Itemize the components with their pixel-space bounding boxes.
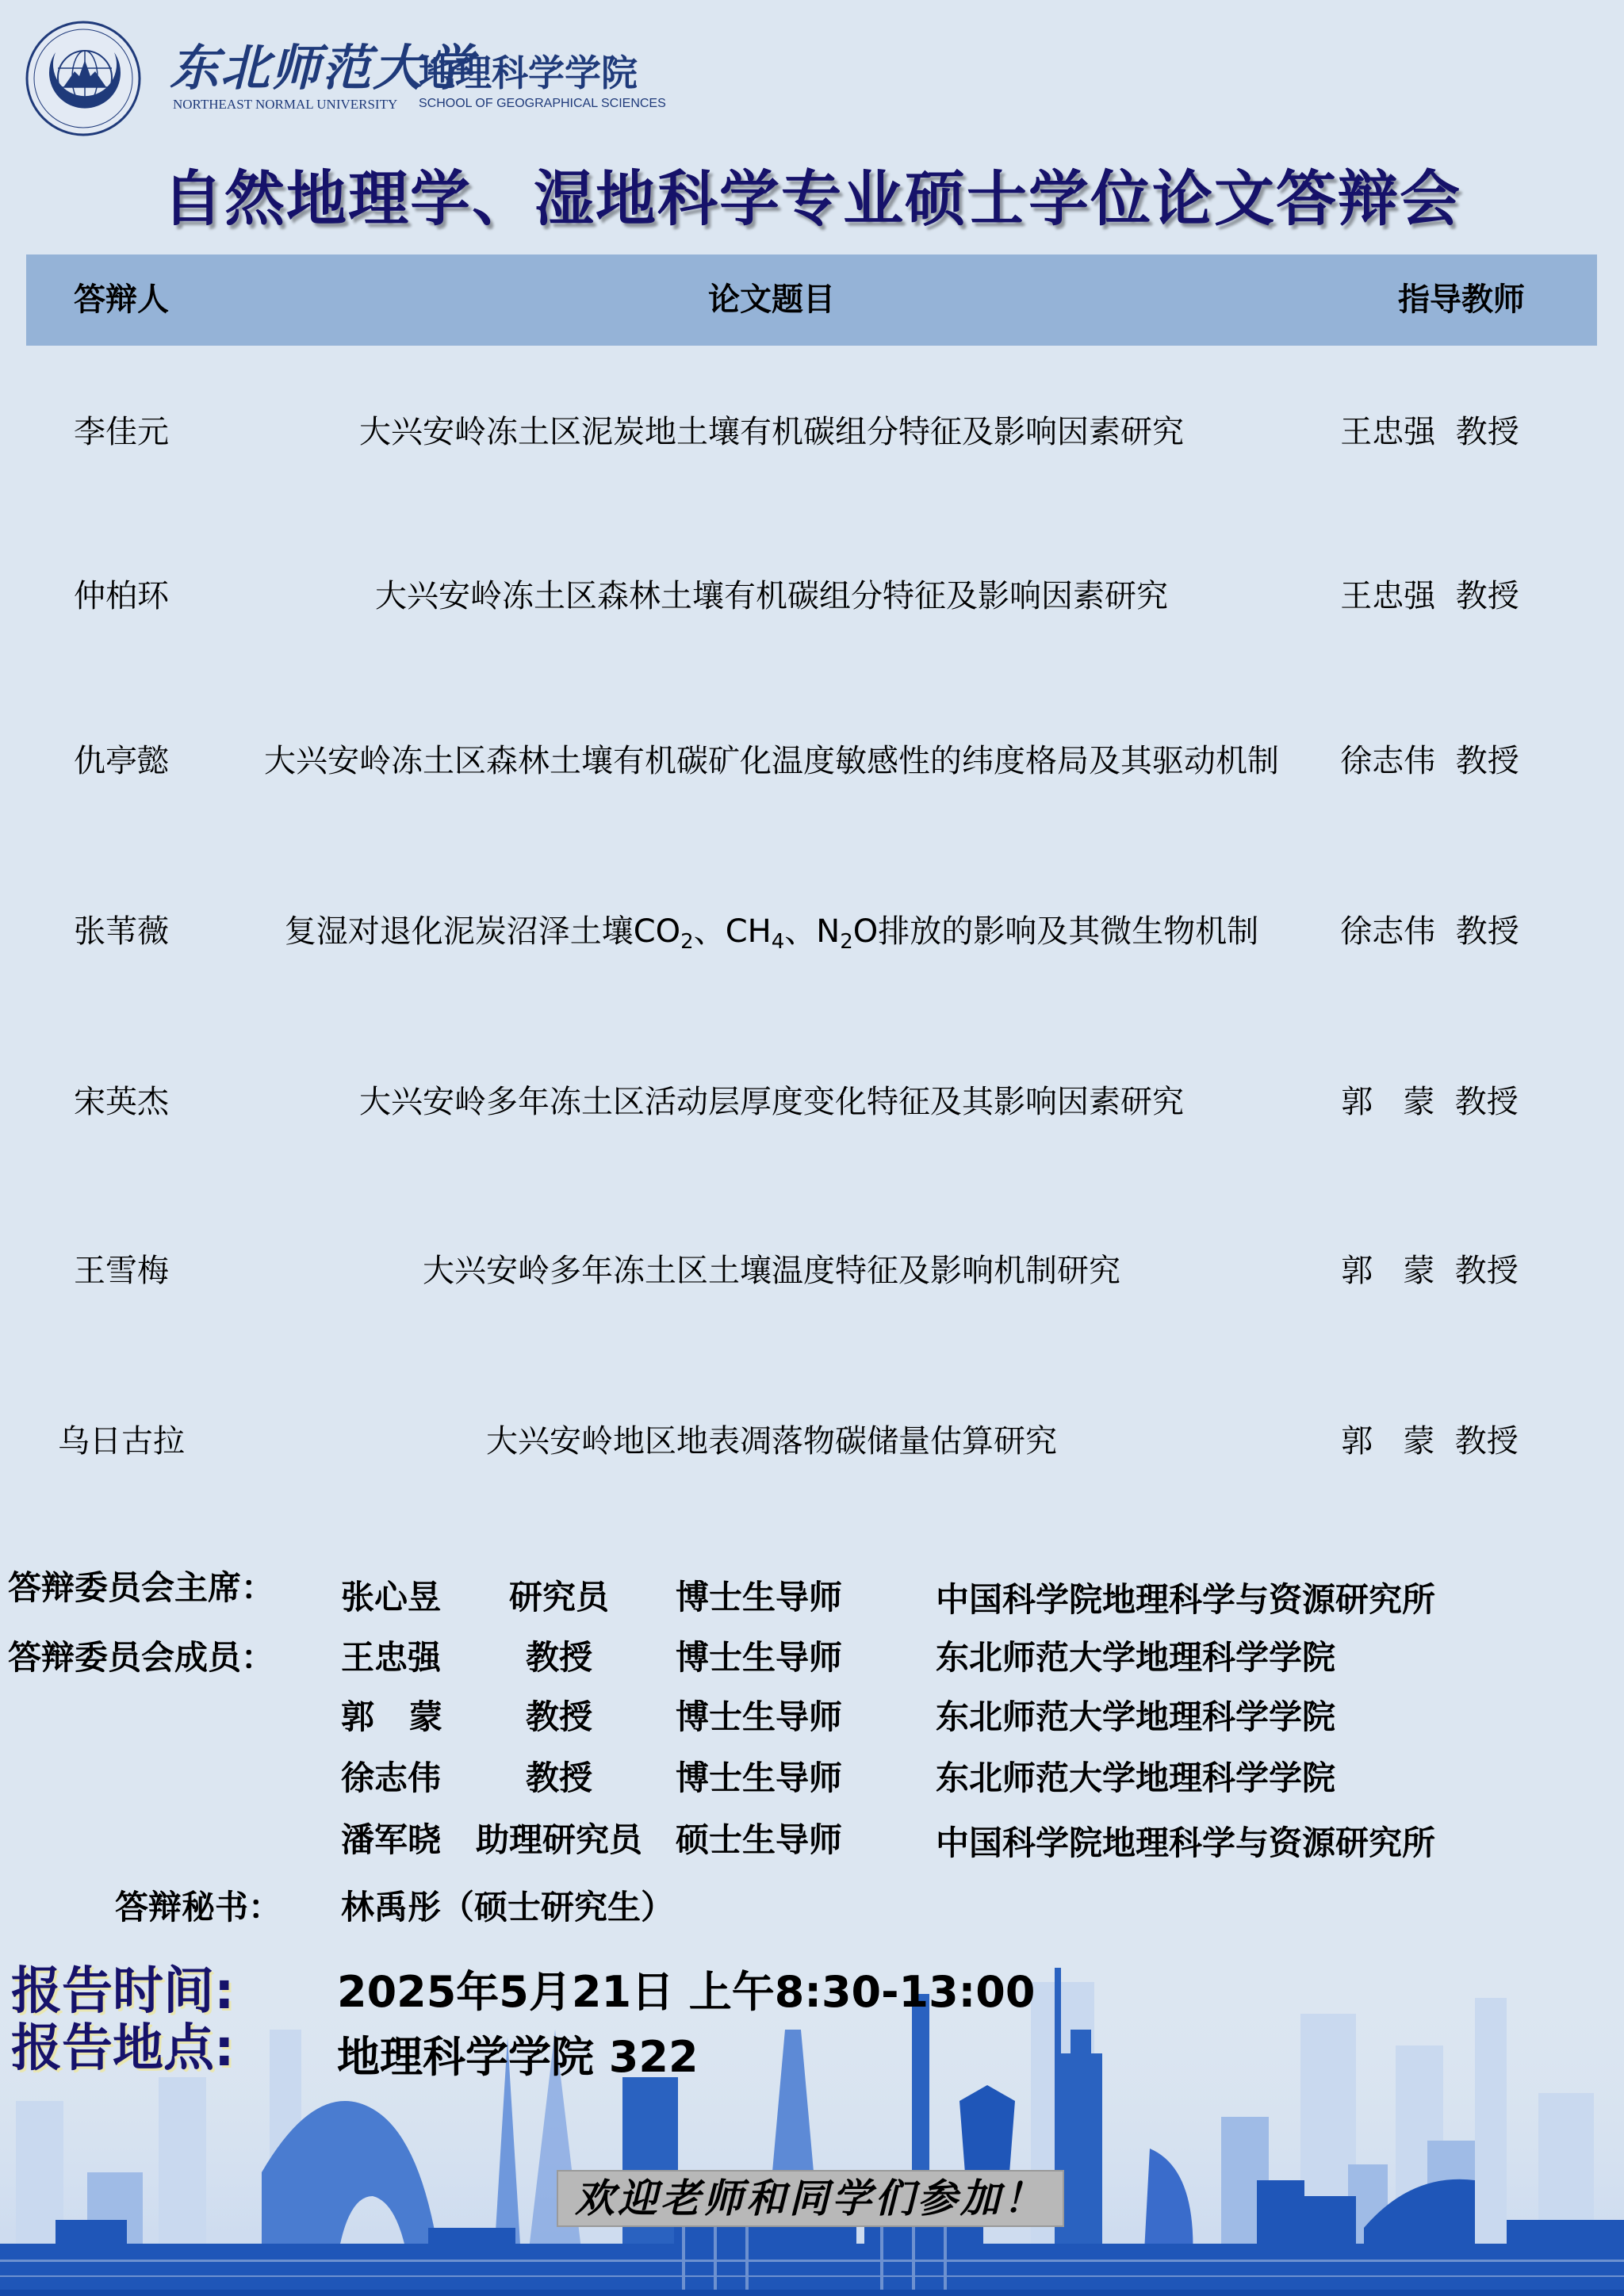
defender-name: 李佳元 <box>26 388 216 476</box>
advisor: 郭 蒙 教授 <box>1287 1227 1572 1314</box>
committee-members-label: 答辩委员会成员： <box>8 1632 274 1679</box>
defender-name: 王雪梅 <box>26 1227 216 1314</box>
member-institution: 东北师范大学地理科学学院 <box>936 1632 1335 1679</box>
subscript: 2 <box>840 930 853 954</box>
member-title: 教授 <box>444 1691 674 1739</box>
thesis-title: 大兴安岭冻土区泥炭地土壤有机碳组分特征及影响因素研究 <box>216 388 1327 476</box>
defender-name: 仲柏环 <box>26 553 216 640</box>
table-row: 李佳元 大兴安岭冻土区泥炭地土壤有机碳组分特征及影响因素研究 王忠强 教授 <box>26 388 1597 476</box>
member-name: 郭 蒙 <box>341 1691 442 1739</box>
report-location-label: 报告地点: <box>11 2007 235 2080</box>
member-title: 助理研究员 <box>444 1814 674 1862</box>
table-row: 仲柏环 大兴安岭冻土区森林土壤有机碳组分特征及影响因素研究 王忠强 教授 <box>26 553 1597 640</box>
subscript: 2 <box>680 930 694 954</box>
member-institution: 东北师范大学地理科学学院 <box>936 1752 1335 1800</box>
thesis-title: 复湿对退化泥炭沼泽土壤CO2、CH4、N2O排放的影响及其微生物机制 <box>216 884 1327 979</box>
column-header-thesis-title: 论文题目 <box>216 254 1327 346</box>
advisor: 郭 蒙 教授 <box>1287 1058 1572 1146</box>
thesis-title: 大兴安岭多年冻土区活动层厚度变化特征及其影响因素研究 <box>216 1058 1327 1146</box>
subscript: 4 <box>772 930 785 954</box>
report-location-value: 地理科学学院 322 <box>337 2023 699 2084</box>
committee-chair-label: 答辩委员会主席： <box>8 1562 274 1609</box>
thesis-title: 大兴安岭冻土区森林土壤有机碳组分特征及影响因素研究 <box>216 553 1327 640</box>
defender-name: 仇亭懿 <box>26 714 216 809</box>
advisor: 徐志伟 教授 <box>1287 714 1572 809</box>
report-time-value: 2025年5月21日 上午8:30-13:00 <box>337 1958 1035 2019</box>
member-supervisor: 博士生导师 <box>676 1691 842 1739</box>
member-institution: 东北师范大学地理科学学院 <box>936 1691 1335 1739</box>
defender-name: 张苇薇 <box>26 884 216 979</box>
chair-name: 张心昱 <box>341 1571 441 1619</box>
member-institution: 中国科学院地理科学与资源研究所 <box>936 1817 1435 1865</box>
school-name-cn: 地理科学学院 <box>419 44 638 97</box>
member-supervisor: 硕士生导师 <box>676 1814 842 1862</box>
advisor: 王忠强 教授 <box>1287 553 1572 640</box>
member-title: 教授 <box>444 1752 674 1800</box>
thesis-title-part: O排放的影响及其微生物机制 <box>853 913 1258 950</box>
university-name-en: NORTHEAST NORMAL UNIVERSITY <box>173 97 397 113</box>
chair-institution: 中国科学院地理科学与资源研究所 <box>936 1574 1435 1621</box>
advisor: 徐志伟 教授 <box>1287 884 1572 979</box>
member-name: 潘军晓 <box>341 1814 441 1862</box>
member-title: 教授 <box>444 1632 674 1679</box>
page-title: 自然地理学、湿地科学专业硕士学位论文答辩会 <box>0 151 1624 237</box>
thesis-title: 大兴安岭多年冻土区土壤温度特征及影响机制研究 <box>216 1227 1327 1314</box>
chair-supervisor: 博士生导师 <box>676 1571 842 1619</box>
defender-name: 乌日古拉 <box>26 1398 216 1485</box>
table-row: 乌日古拉 大兴安岭地区地表凋落物碳储量估算研究 郭 蒙 教授 <box>26 1398 1597 1485</box>
member-supervisor: 博士生导师 <box>676 1632 842 1679</box>
member-supervisor: 博士生导师 <box>676 1752 842 1800</box>
table-row: 仇亭懿 大兴安岭冻土区森林土壤有机碳矿化温度敏感性的纬度格局及其驱动机制 徐志伟… <box>26 714 1597 809</box>
table-header: 答辩人 论文题目 指导教师 <box>26 254 1597 346</box>
member-name: 王忠强 <box>341 1632 441 1679</box>
welcome-banner: 欢迎老师和同学们参加！ <box>557 2170 1064 2227</box>
secretary-name: 林禹彤（硕士研究生） <box>341 1881 674 1929</box>
chair-title: 研究员 <box>444 1571 674 1619</box>
secretary-label: 答辩秘书： <box>115 1881 282 1929</box>
member-name: 徐志伟 <box>341 1752 441 1800</box>
column-header-advisor: 指导教师 <box>1327 254 1596 346</box>
advisor: 郭 蒙 教授 <box>1287 1398 1572 1485</box>
table-row: 王雪梅 大兴安岭多年冻土区土壤温度特征及影响机制研究 郭 蒙 教授 <box>26 1227 1597 1314</box>
university-emblem-icon <box>25 21 141 136</box>
table-row: 宋英杰 大兴安岭多年冻土区活动层厚度变化特征及其影响因素研究 郭 蒙 教授 <box>26 1058 1597 1146</box>
table-row: 张苇薇 复湿对退化泥炭沼泽土壤CO2、CH4、N2O排放的影响及其微生物机制 徐… <box>26 884 1597 979</box>
school-name-en: SCHOOL OF GEOGRAPHICAL SCIENCES <box>419 97 666 111</box>
defender-name: 宋英杰 <box>26 1058 216 1146</box>
thesis-title-part: 、CH <box>694 913 772 950</box>
thesis-title-part: 、N <box>784 913 840 950</box>
advisor: 王忠强 教授 <box>1287 388 1572 476</box>
thesis-title: 大兴安岭冻土区森林土壤有机碳矿化温度敏感性的纬度格局及其驱动机制 <box>216 714 1327 809</box>
thesis-title-part: 复湿对退化泥炭沼泽土壤CO <box>285 913 680 950</box>
column-header-defender: 答辩人 <box>26 254 216 346</box>
thesis-title: 大兴安岭地区地表凋落物碳储量估算研究 <box>216 1398 1327 1485</box>
